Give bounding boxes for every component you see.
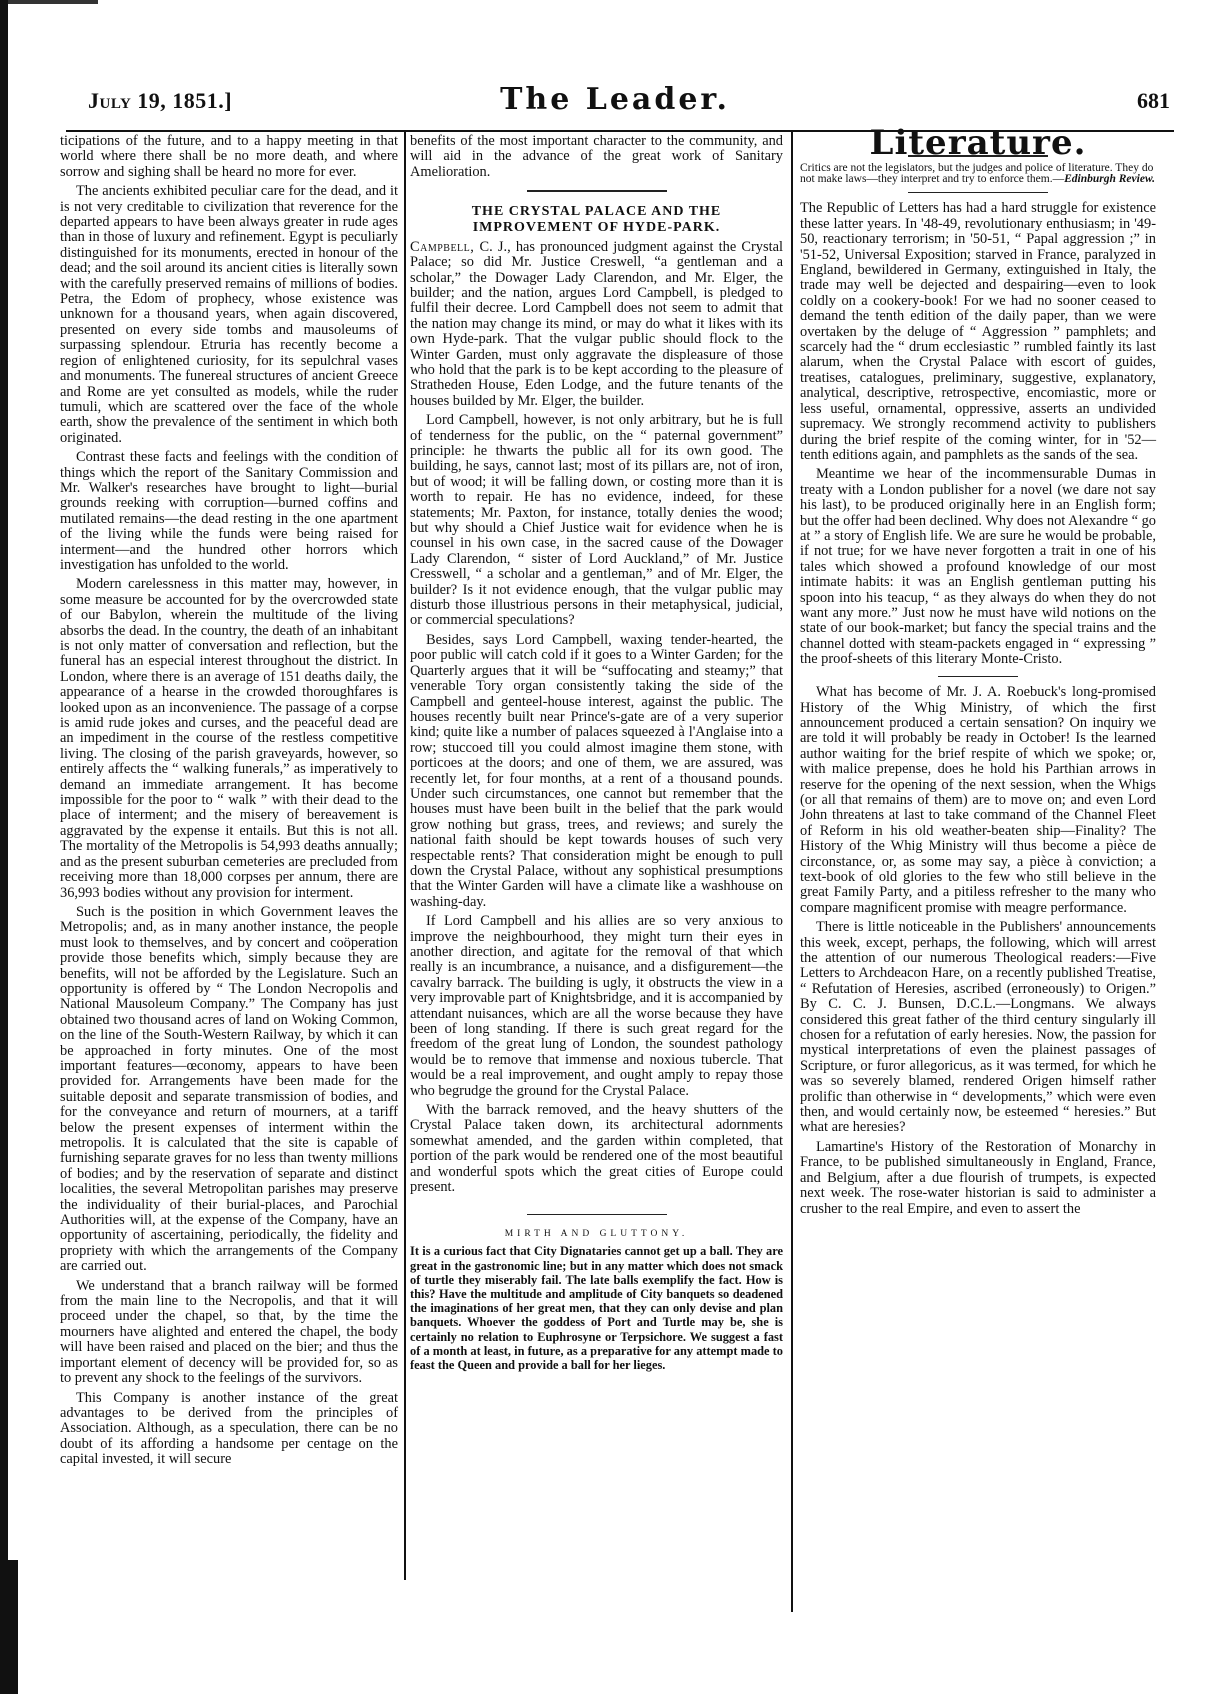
small-article: It is a curious fact that City Dignatari…	[410, 1244, 783, 1372]
paragraph: With the barrack removed, and the heavy …	[410, 1103, 783, 1195]
lead-word: Campbell,	[410, 239, 474, 255]
paragraph: Besides, says Lord Campbell, waxing tend…	[410, 633, 783, 910]
column-rule-1	[404, 132, 406, 1580]
paragraph: We understand that a branch railway will…	[60, 1279, 398, 1387]
paragraph: Modern carelessness in this matter may, …	[60, 577, 398, 901]
paragraph: benefits of the most important character…	[410, 134, 783, 180]
scan-border-top	[8, 0, 98, 4]
paragraph: The ancients exhibited peculiar care for…	[60, 184, 398, 446]
section-divider	[938, 676, 1018, 678]
paragraph: Lamartine's History of the Restoration o…	[800, 1140, 1156, 1217]
article-title: THE CRYSTAL PALACE AND THE IMPROVEMENT O…	[410, 204, 783, 236]
column-rule-2	[791, 132, 793, 1612]
column-2: benefits of the most important character…	[410, 134, 783, 1372]
paragraph: If Lord Campbell and his allies are so v…	[410, 914, 783, 1099]
paragraph: Contrast these facts and feelings with t…	[60, 450, 398, 573]
scan-border-left	[0, 0, 8, 1694]
column-1: ticipations of the future, and to a happ…	[60, 134, 398, 1468]
paragraph: Campbell, C. J., has pronounced judgment…	[410, 240, 783, 409]
paragraph: Lord Campbell, however, is not only arbi…	[410, 413, 783, 629]
paragraph: There is little noticeable in the Publis…	[800, 920, 1156, 1136]
paragraph: What has become of Mr. J. A. Roebuck's l…	[800, 685, 1156, 916]
paragraph: The Republic of Letters has had a hard s…	[800, 201, 1156, 463]
scan-border-left-bottom	[0, 1560, 18, 1694]
section-divider	[527, 1214, 667, 1216]
section-title: Literature.	[800, 136, 1156, 151]
small-article-title: MIRTH AND GLUTTONY.	[410, 1227, 783, 1242]
epigraph: Critics are not the legislators, but the…	[800, 163, 1156, 186]
paragraph: It is a curious fact that City Dignatari…	[410, 1244, 783, 1372]
section-divider	[527, 190, 667, 192]
newspaper-title: The Leader.	[60, 82, 1170, 117]
page-header: July 19, 1851.] The Leader. 681	[60, 80, 1170, 120]
paragraph: Meantime we hear of the incommensurable …	[800, 467, 1156, 667]
column-3: Literature. Critics are not the legislat…	[800, 134, 1156, 1217]
paragraph: This Company is another instance of the …	[60, 1391, 398, 1468]
page-number: 681	[1137, 88, 1170, 114]
paragraph: Such is the position in which Government…	[60, 905, 398, 1275]
epigraph-source: Edinburgh Review.	[1064, 173, 1155, 185]
paragraph: ticipations of the future, and to a happ…	[60, 134, 398, 180]
section-divider	[908, 192, 1048, 194]
